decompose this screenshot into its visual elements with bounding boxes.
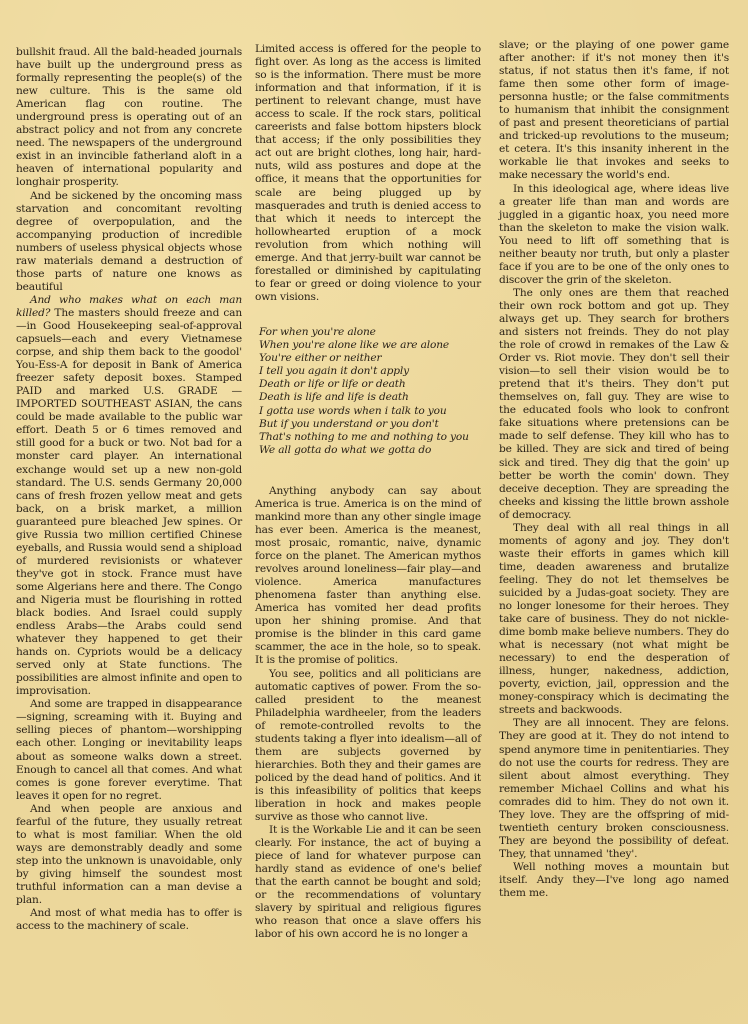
poem-line: That's nothing to me and nothing to you (259, 431, 481, 444)
paragraph: slave; or the playing of one power game … (499, 39, 729, 183)
paragraph: And be sickened by the oncoming mass sta… (16, 190, 242, 294)
poem-line: Death or life or life or death (259, 378, 481, 391)
paragraph: And when people are anxious and fearful … (16, 803, 242, 907)
paragraph: And some are trapped in disappearance—si… (16, 698, 242, 802)
poem-line: I gotta use words when i talk to you (259, 405, 481, 418)
poem-line: When you're alone like we are alone (259, 339, 481, 352)
paragraph: It is the Workable Lie and it can be see… (255, 824, 481, 941)
paragraph: Well nothing moves a mountain but itself… (499, 861, 729, 900)
poem: For when you're alone When you're alone … (259, 326, 481, 457)
poem-line: Death is life and life is death (259, 391, 481, 404)
paragraph: The only ones are them that reached thei… (499, 287, 729, 522)
paragraph: They are all innocent. They are felons. … (499, 717, 729, 861)
newspaper-page: bullshit fraud. All the bald-headed jour… (0, 0, 748, 1024)
poem-line: For when you're alone (259, 326, 481, 339)
poem-line: I tell you again it don't apply (259, 365, 481, 378)
paragraph: And who makes what on each man killed? T… (16, 294, 242, 698)
paragraph: You see, politics and all politicians ar… (255, 668, 481, 825)
poem-line: We all gotta do what we gotta do (259, 444, 481, 457)
column-2: Limited access is offered for the people… (255, 43, 481, 942)
paragraph: bullshit fraud. All the bald-headed jour… (16, 46, 242, 190)
column-3: slave; or the playing of one power game … (499, 39, 729, 900)
paragraph: And most of what media has to offer is a… (16, 907, 242, 933)
poem-line: You're either or neither (259, 352, 481, 365)
paragraph: Anything anybody can say about America i… (255, 485, 481, 668)
poem-line: But if you understand or you don't (259, 418, 481, 431)
paragraph: They deal with all real things in all mo… (499, 522, 729, 718)
paragraph-body: The masters should freeze and can—in Goo… (16, 307, 242, 697)
paragraph: In this ideological age, where ideas liv… (499, 183, 729, 287)
paragraph: Limited access is offered for the people… (255, 43, 481, 304)
column-1: bullshit fraud. All the bald-headed jour… (16, 46, 242, 933)
